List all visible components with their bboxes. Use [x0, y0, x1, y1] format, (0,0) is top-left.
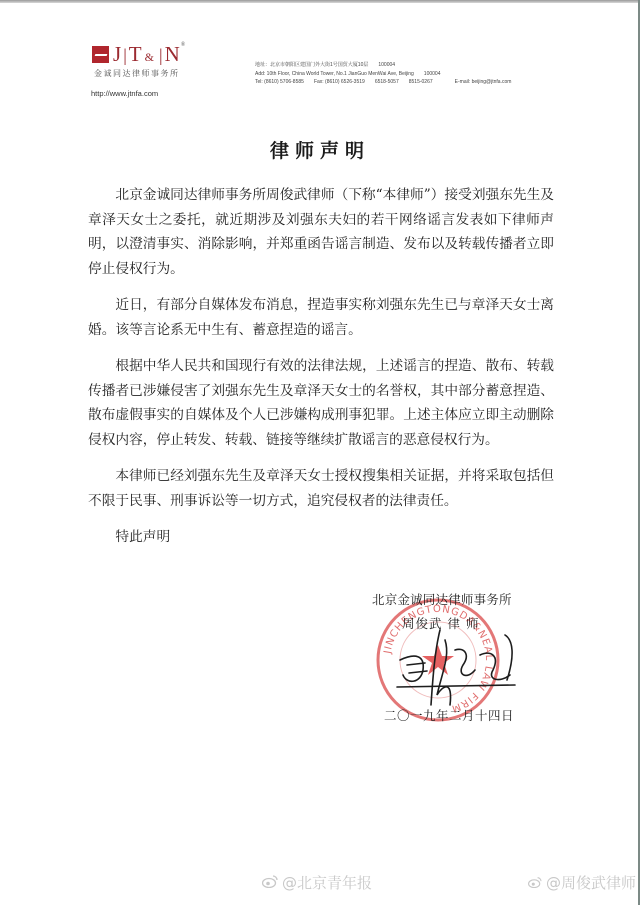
tel: Tel: (8610) 5706-8585 [255, 79, 304, 85]
fax: Fax: (8610) 6526-3519 [314, 79, 365, 85]
registered-mark: ® [181, 42, 186, 48]
document-body: 北京金诚同达律师事务所周俊武律师（下称“本律师”）接受刘强东先生及章泽天女士之委… [88, 183, 554, 563]
logo-letter-j: J [113, 42, 121, 66]
signature-firm: 北京金诚同达律师事务所 [372, 590, 512, 608]
address-en: Add: 10th Floor, China World Tower, No.1… [255, 71, 414, 77]
logo-divider: | [159, 45, 163, 65]
letterhead-address: 地址：北京市朝阳区建国门外大街1号国贸大厦10层100004 Add: 10th… [255, 61, 511, 87]
address-cn: 地址：北京市朝阳区建国门外大街1号国贸大厦10层 [255, 62, 368, 68]
page-top-edge [0, 0, 640, 3]
paragraph-1: 北京金诚同达律师事务所周俊武律师（下称“本律师”）接受刘强东先生及章泽天女士之委… [88, 183, 554, 281]
postcode-en: 100004 [424, 71, 441, 77]
logo-divider: | [123, 45, 127, 65]
paragraph-4: 本律师已经刘强东先生及章泽天女士授权搜集相关证据，并将采取包括但不限于民事、刑事… [88, 464, 554, 513]
paragraph-2: 近日，有部分自媒体发布消息，捏造事实称刘强东先生已与章泽天女士离婚。该等言论系无… [88, 293, 554, 342]
logo-text: J|T&|N® [113, 42, 185, 67]
logo-mark: J|T&|N® [92, 42, 202, 66]
logo-letter-t: T [129, 42, 142, 66]
logo-square-icon [92, 46, 109, 63]
email: E-mail: beijing@jtnfa.com [455, 79, 512, 85]
document-title: 律师声明 [0, 136, 640, 163]
postcode-cn: 100004 [378, 62, 395, 68]
weibo-icon [528, 874, 542, 892]
fax-2: 6518-5057 [375, 79, 399, 85]
weibo-watermark: @周俊武律师 [528, 872, 636, 893]
address-cn-line: 地址：北京市朝阳区建国门外大街1号国贸大厦10层100004 [255, 61, 511, 70]
logo-letter-n: N [165, 42, 180, 66]
watermark-text: @周俊武律师 [546, 872, 636, 893]
firm-website: http://www.jtnfa.com [91, 89, 158, 98]
closing-statement: 特此声明 [88, 525, 554, 550]
logo-ampersand: & [145, 50, 154, 64]
contact-line: Tel: (8610) 5706-8585Fax: (8610) 6526-35… [255, 78, 511, 87]
address-en-line: Add: 10th Floor, China World Tower, No.1… [255, 70, 511, 79]
paragraph-3: 根据中华人民共和国现行有效的法律法规，上述谣言的捏造、散布、转载传播者已涉嫌侵害… [88, 354, 554, 452]
weibo-watermark: @北京青年报 [262, 872, 372, 893]
firm-name-cn: 金诚同达律师事务所 [94, 68, 202, 79]
fax-3: 8515-0267 [409, 79, 433, 85]
handwritten-signature-icon [395, 625, 525, 710]
weibo-icon [262, 874, 278, 892]
watermark-text: @北京青年报 [282, 872, 372, 893]
firm-logo: J|T&|N® 金诚同达律师事务所 [92, 42, 202, 79]
